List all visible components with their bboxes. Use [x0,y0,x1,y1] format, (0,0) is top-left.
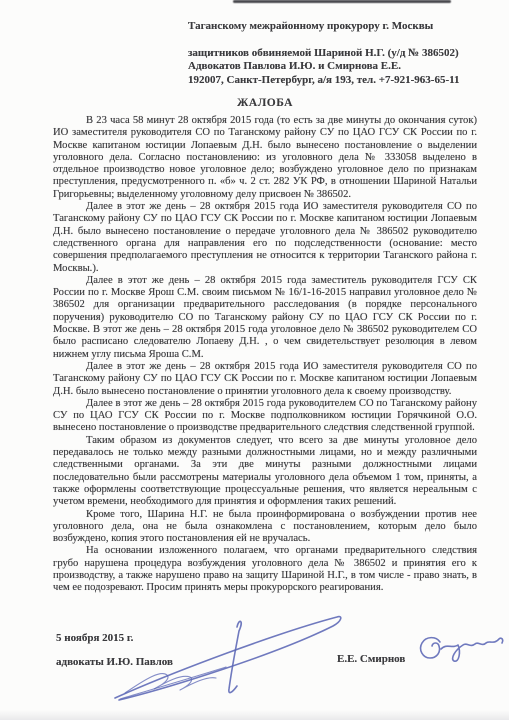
paragraph-3: Далее в этот же день – 28 октября 2015 г… [53,275,477,361]
paragraph-5: Далее в этот же день – 28 октября 2015 г… [53,398,477,435]
sender-line-2: Адвокатов Павлова И.Ю. и Смирнова Е.Е. [188,60,488,74]
smirnov-signature-ink [414,630,509,675]
pavlov-signature-ink [105,605,355,705]
paragraph-6: Таким образом из документов следует, что… [53,435,477,509]
sender-line-1: защитников обвиняемой Шариной Н.Г. (у/д … [188,47,488,61]
paragraph-4: Далее в этот же день – 28 октября 2015 г… [53,361,477,398]
scanned-complaint-document: Таганскому межрайонному прокурору г. Мос… [0,0,509,720]
document-body: В 23 часа 58 минут 28 октября 2015 года … [53,115,477,595]
paragraph-2: Далее в этот же день – 28 октября 2015 г… [53,201,477,275]
scan-edge-artifact [233,0,451,3]
paragraph-7: Кроме того, Шарина Н.Г. не была проинфор… [53,509,477,546]
paragraph-8: На основании изложенного полагаем, что о… [53,545,477,594]
recipient-line: Таганскому межрайонному прокурору г. Мос… [188,20,488,34]
scan-bottom-shade [0,710,509,720]
sender-line-3: 192007, Санкт-Петербург, а/я 193, тел. +… [188,74,488,88]
document-header: Таганскому межрайонному прокурору г. Мос… [188,20,488,87]
document-title: ЖАЛОБА [53,97,477,109]
paragraph-1: В 23 часа 58 минут 28 октября 2015 года … [53,115,477,201]
